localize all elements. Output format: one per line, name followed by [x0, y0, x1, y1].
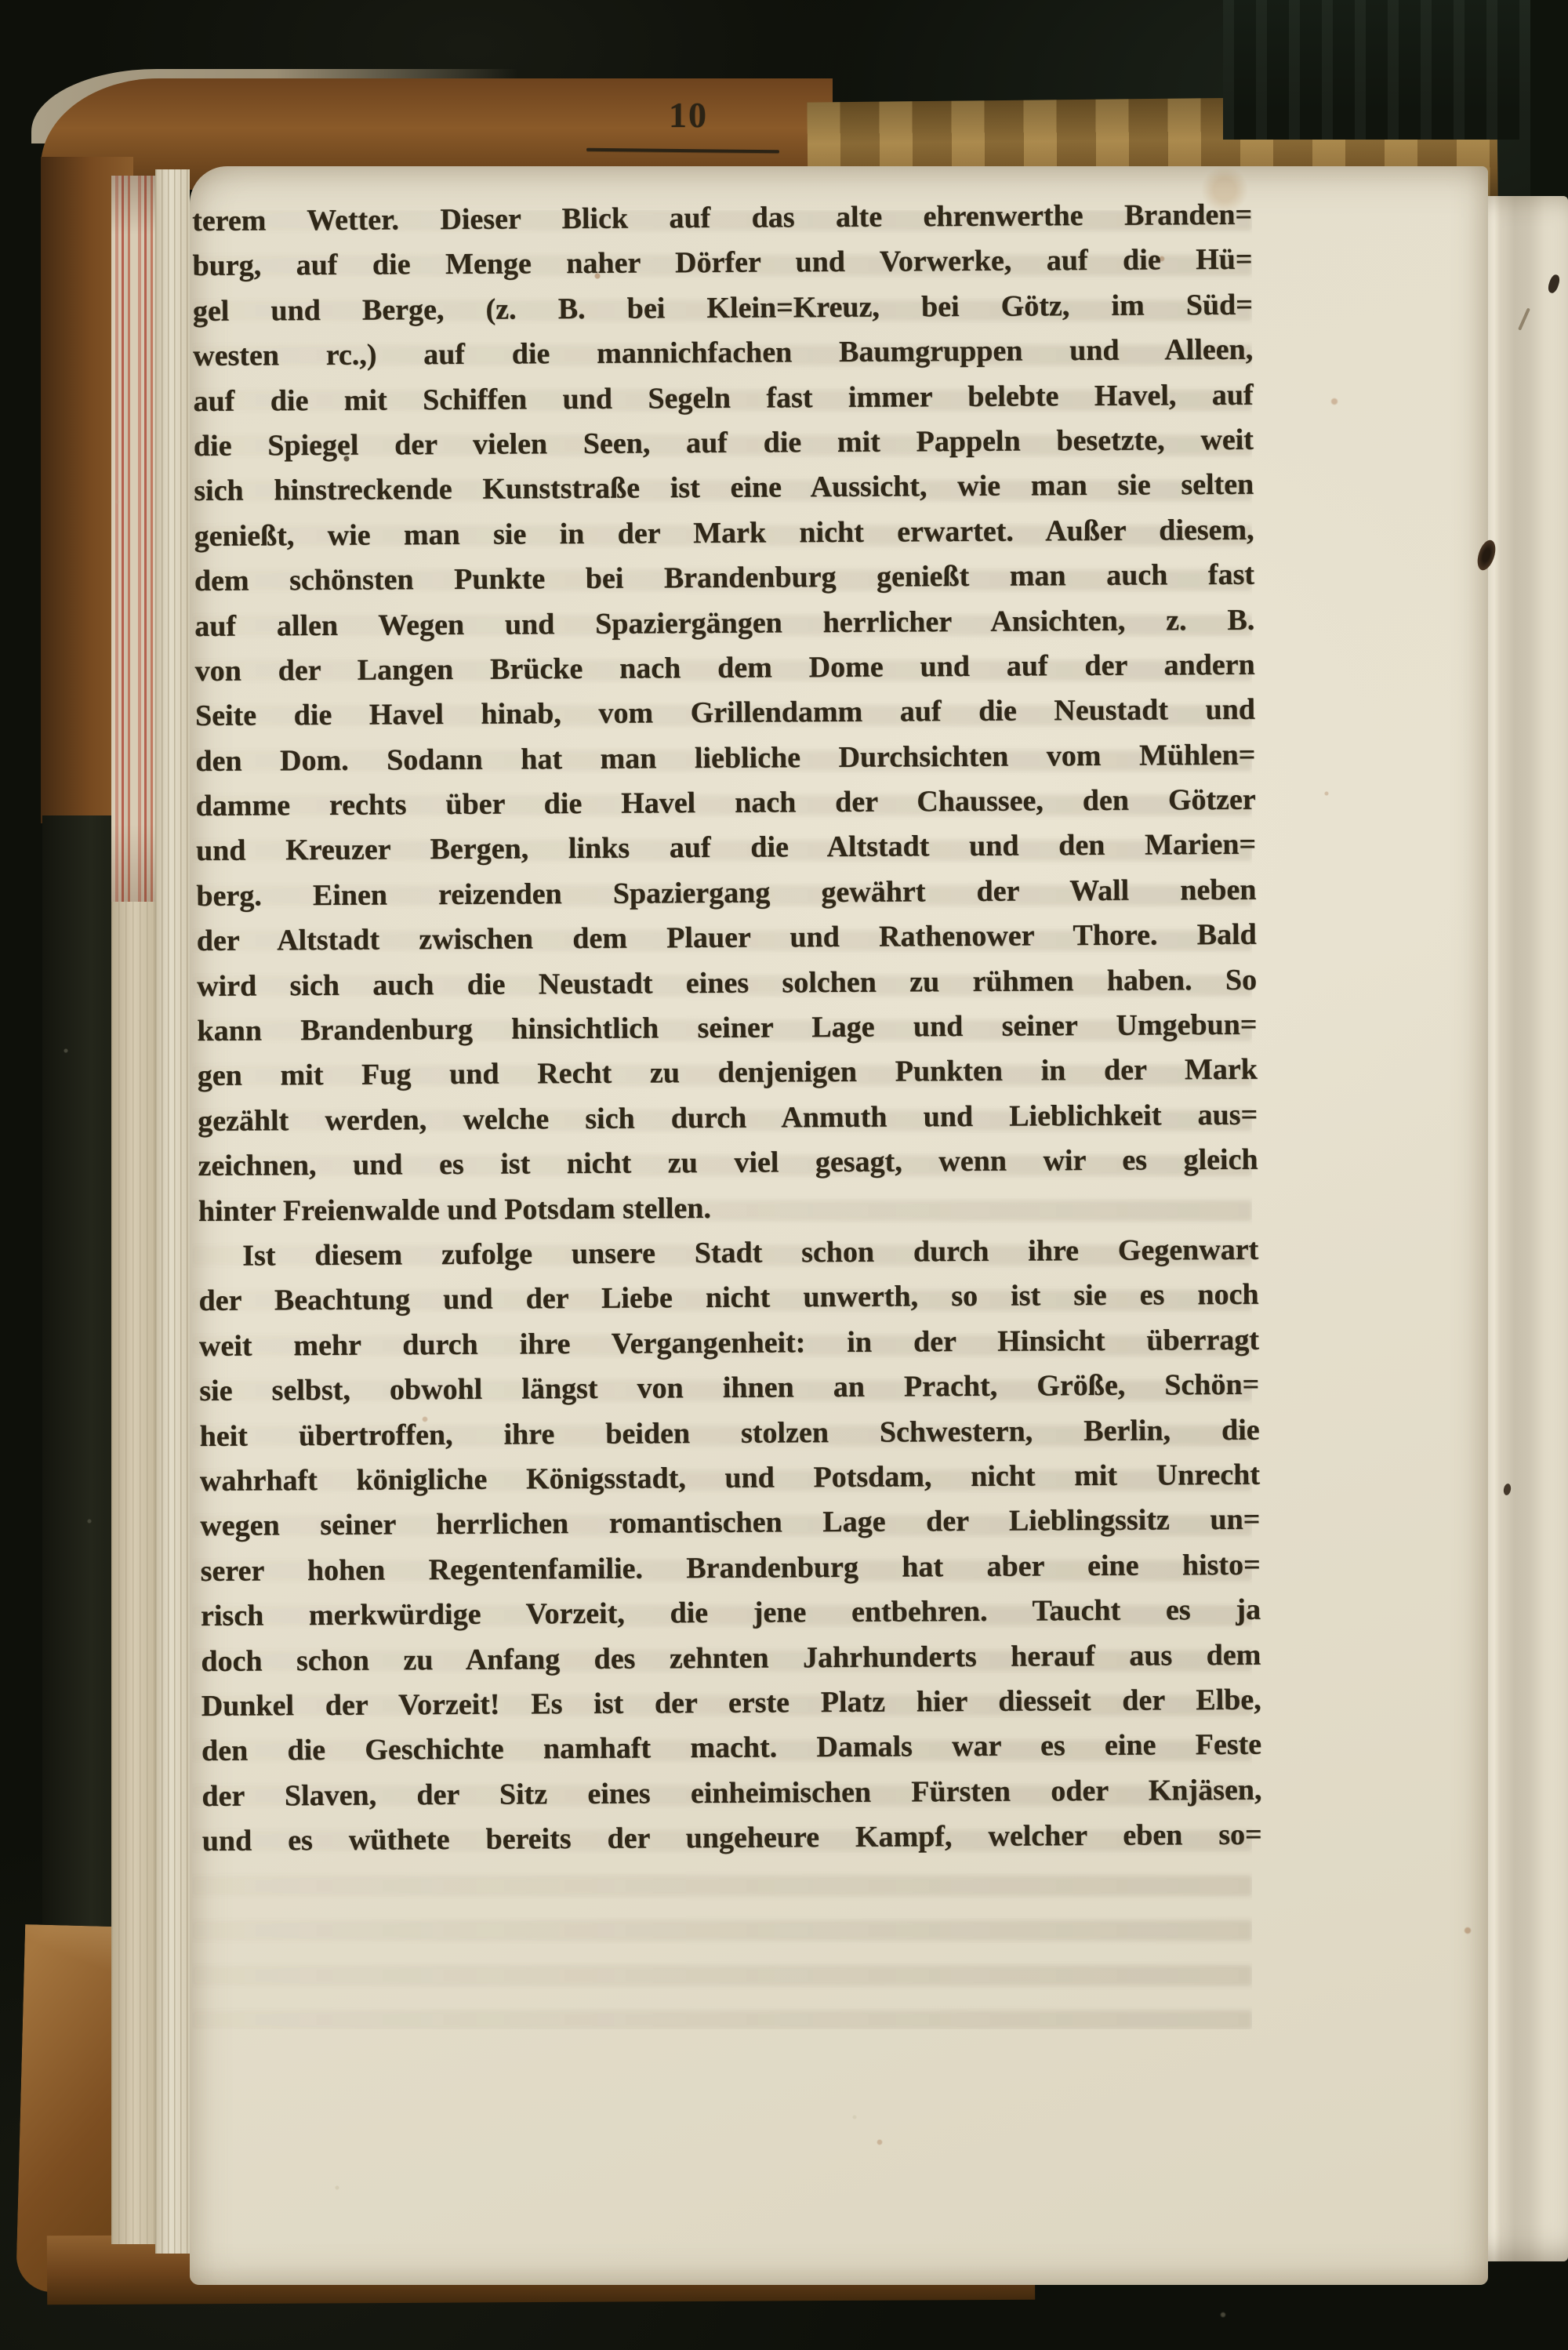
text-line: serer hohen Regentenfamilie. Brandenburg…	[201, 1542, 1261, 1594]
next-page-edge	[1488, 196, 1568, 2261]
text-line: burg, auf die Menge naher Dörfer und Vor…	[192, 238, 1252, 289]
text-line: und Kreuzer Bergen, links auf die Altsta…	[196, 823, 1256, 874]
text-line: zeichnen, und es ist nicht zu viel gesag…	[198, 1138, 1258, 1190]
dark-cover-right-edge	[1530, 0, 1568, 210]
text-line: dem schönsten Punkte bei Brandenburg gen…	[194, 553, 1254, 605]
text-line: die Spiegel der vielen Seen, auf die mit…	[194, 418, 1254, 470]
text-line: wahrhaft königliche Königsstadt, und Pot…	[200, 1453, 1260, 1505]
text-line: damme rechts über die Havel nach der Cha…	[196, 778, 1256, 830]
text-line: auf allen Wegen und Spaziergängen herrli…	[194, 597, 1254, 649]
text-line: sich hinstreckende Kunststraße ist eine …	[194, 463, 1254, 514]
text-line: hinter Freienwalde und Potsdam stellen.	[198, 1182, 1258, 1234]
text-line: Dunkel der Vorzeit! Es ist der erste Pla…	[201, 1678, 1261, 1730]
dark-cover-top-right	[1223, 0, 1568, 140]
book-scan-photo: 10 terem Wetter. Dieser Blick auf das al…	[0, 0, 1568, 2350]
text-line: gel und Berge, (z. B. bei Klein=Kreuz, b…	[193, 283, 1253, 335]
text-line: weit mehr durch ihre Vergangenheit: in d…	[199, 1317, 1259, 1369]
text-line: sie selbst, obwohl längst von ihnen an P…	[199, 1363, 1259, 1415]
text-line: genießt, wie man sie in der Mark nicht e…	[194, 507, 1254, 559]
text-line: den Dom. Sodann hat man liebliche Durchs…	[195, 732, 1255, 784]
page-edges-red-marbling	[111, 176, 157, 913]
text-line: kann Brandenburg hinsichtlich seiner Lag…	[197, 1003, 1257, 1055]
text-line: auf die mit Schiffen und Segeln fast imm…	[193, 372, 1253, 424]
text-line: westen rc.,) auf die mannichfachen Baumg…	[193, 328, 1253, 380]
text-line: den die Geschichte namhaft macht. Damals…	[201, 1723, 1261, 1774]
text-line: Ist diesem zufolge unsere Stadt schon du…	[198, 1228, 1258, 1280]
text-line: terem Wetter. Dieser Blick auf das alte …	[192, 193, 1252, 245]
text-line: Seite die Havel hinab, vom Grillendamm a…	[195, 688, 1255, 739]
text-line: der Beachtung und der Liebe nicht unwert…	[198, 1273, 1258, 1324]
page-edges-lower-left	[111, 902, 157, 2244]
text-line: risch merkwürdige Vorzeit, die jene entb…	[201, 1588, 1261, 1640]
text-line: wegen seiner herrlichen romantischen Lag…	[200, 1498, 1260, 1549]
text-line: und es wüthete bereits der ungeheure Kam…	[202, 1813, 1262, 1865]
text-line: der Slaven, der Sitz eines einheimischen…	[201, 1767, 1261, 1819]
text-line: heit übertroffen, ihre beiden stolzen Sc…	[199, 1407, 1259, 1459]
text-line: der Altstadt zwischen dem Plauer und Rat…	[197, 913, 1257, 964]
text-line: wird sich auch die Neustadt eines solche…	[197, 957, 1257, 1009]
page-number: 10	[437, 94, 939, 136]
body-text: terem Wetter. Dieser Blick auf das alte …	[192, 193, 1262, 1865]
text-line: gezählt werden, welche sich durch Anmuth…	[198, 1093, 1258, 1145]
text-line: berg. Einen reizenden Spaziergang gewähr…	[196, 868, 1256, 920]
text-line: gen mit Fug und Recht zu denjenigen Punk…	[198, 1048, 1258, 1099]
page-edges-stack-left	[155, 169, 190, 2254]
text-line: doch schon zu Anfang des zehnten Jahrhun…	[201, 1633, 1261, 1684]
text-line: von der Langen Brücke nach dem Dome und …	[195, 643, 1255, 695]
